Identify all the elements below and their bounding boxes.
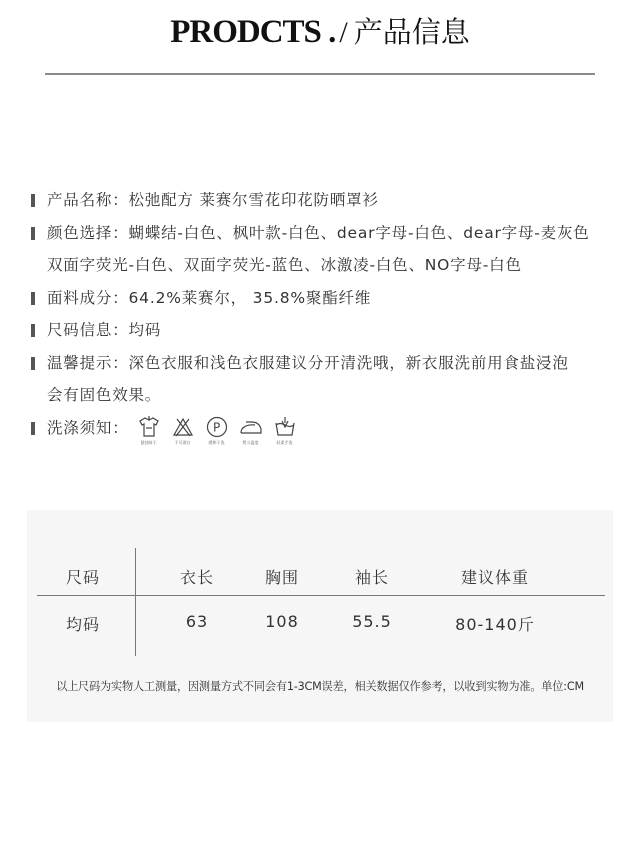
care-label: 悬挂晾干 xyxy=(141,440,157,445)
bullet-marker xyxy=(31,324,35,337)
info-value-continued: 双面字荧光-白色、双面字荧光-蓝色、冰激凌-白色、NO字母-白色 xyxy=(47,249,621,282)
info-row-product-name: 产品名称：松弛配方 莱赛尔雪花印花防晒罩衫 xyxy=(31,184,621,217)
dry-clean-p-icon: P xyxy=(205,415,229,439)
title-separator: / xyxy=(339,16,347,49)
table-header-chest: 胸围 xyxy=(265,565,299,588)
bullet-marker xyxy=(31,194,35,207)
info-label: 面料成分： xyxy=(47,289,129,307)
size-table-note: 以上尺码为实物人工测量，因测量方式不同会有1-3CM误差，相关数据仅作参考，以收… xyxy=(27,678,613,694)
hang-dry-icon xyxy=(137,415,161,439)
title-chinese: 产品信息 xyxy=(354,15,470,49)
care-label: 缓和干洗 xyxy=(209,440,225,445)
table-header-weight: 建议体重 xyxy=(461,565,529,588)
info-value-continued: 会有固色效果。 xyxy=(47,379,621,412)
care-label: 熨斗温度 xyxy=(243,440,259,445)
info-row-colors: 颜色选择：蝴蝶结-白色、枫叶款-白色、dear字母-白色、dear字母-麦灰色 … xyxy=(31,217,621,282)
care-item-hand-wash: 轻柔手洗 xyxy=(269,415,301,445)
info-value: 深色衣服和浅色衣服建议分开清洗哦，新衣服洗前用食盐浸泡 xyxy=(129,354,569,372)
info-value: 松弛配方 莱赛尔雪花印花防晒罩衫 xyxy=(129,191,379,209)
table-cell-length: 63 xyxy=(186,612,208,631)
info-value: 均码 xyxy=(129,321,162,339)
info-value: 64.2%莱赛尔， 35.8%聚酯纤维 xyxy=(129,289,372,307)
svg-text:P: P xyxy=(212,420,220,434)
table-horizontal-divider xyxy=(37,595,605,596)
table-cell-weight: 80-140斤 xyxy=(455,612,535,635)
info-row-fabric: 面料成分：64.2%莱赛尔， 35.8%聚酯纤维 xyxy=(31,282,621,315)
table-header-size: 尺码 xyxy=(66,565,100,588)
info-row-care: 洗涤须知： 悬挂晾干 不可漂白 xyxy=(31,412,621,445)
info-label: 颜色选择： xyxy=(47,224,129,242)
care-label: 轻柔手洗 xyxy=(277,440,293,445)
care-item-no-bleach: 不可漂白 xyxy=(167,415,199,445)
header-divider xyxy=(45,73,595,75)
care-item-iron: 熨斗温度 xyxy=(235,415,267,445)
table-header-length: 衣长 xyxy=(180,565,214,588)
info-label: 洗涤须知： xyxy=(47,412,129,445)
bullet-marker xyxy=(31,422,35,435)
table-cell-chest: 108 xyxy=(265,612,299,631)
table-cell-sleeve: 55.5 xyxy=(352,612,392,631)
table-vertical-divider xyxy=(135,548,136,656)
bullet-marker xyxy=(31,357,35,370)
care-item-hang-dry: 悬挂晾干 xyxy=(133,415,165,445)
no-bleach-icon xyxy=(171,415,195,439)
care-item-dry-clean: P 缓和干洗 xyxy=(201,415,233,445)
info-row-tips: 温馨提示：深色衣服和浅色衣服建议分开清洗哦，新衣服洗前用食盐浸泡 会有固色效果。 xyxy=(31,347,621,412)
care-icons: 悬挂晾干 不可漂白 P 缓和干洗 xyxy=(133,415,303,445)
bullet-marker xyxy=(31,292,35,305)
title-english: PRODCTS . xyxy=(170,14,335,50)
table-cell-size: 均码 xyxy=(66,612,100,635)
info-label: 产品名称： xyxy=(47,191,129,209)
hand-wash-icon xyxy=(273,415,297,439)
bullet-marker xyxy=(31,227,35,240)
page-title: PRODCTS ./产品信息 xyxy=(0,12,640,52)
info-row-size: 尺码信息：均码 xyxy=(31,314,621,347)
info-label: 尺码信息： xyxy=(47,321,129,339)
product-info-list: 产品名称：松弛配方 莱赛尔雪花印花防晒罩衫 颜色选择：蝴蝶结-白色、枫叶款-白色… xyxy=(31,184,621,445)
info-label: 温馨提示： xyxy=(47,354,129,372)
iron-icon xyxy=(239,415,263,439)
size-table-panel: 尺码 衣长 胸围 袖长 建议体重 均码 63 108 55.5 80-140斤 … xyxy=(27,510,613,722)
table-header-sleeve: 袖长 xyxy=(355,565,389,588)
info-value: 蝴蝶结-白色、枫叶款-白色、dear字母-白色、dear字母-麦灰色 xyxy=(129,224,590,242)
care-label: 不可漂白 xyxy=(175,440,191,445)
